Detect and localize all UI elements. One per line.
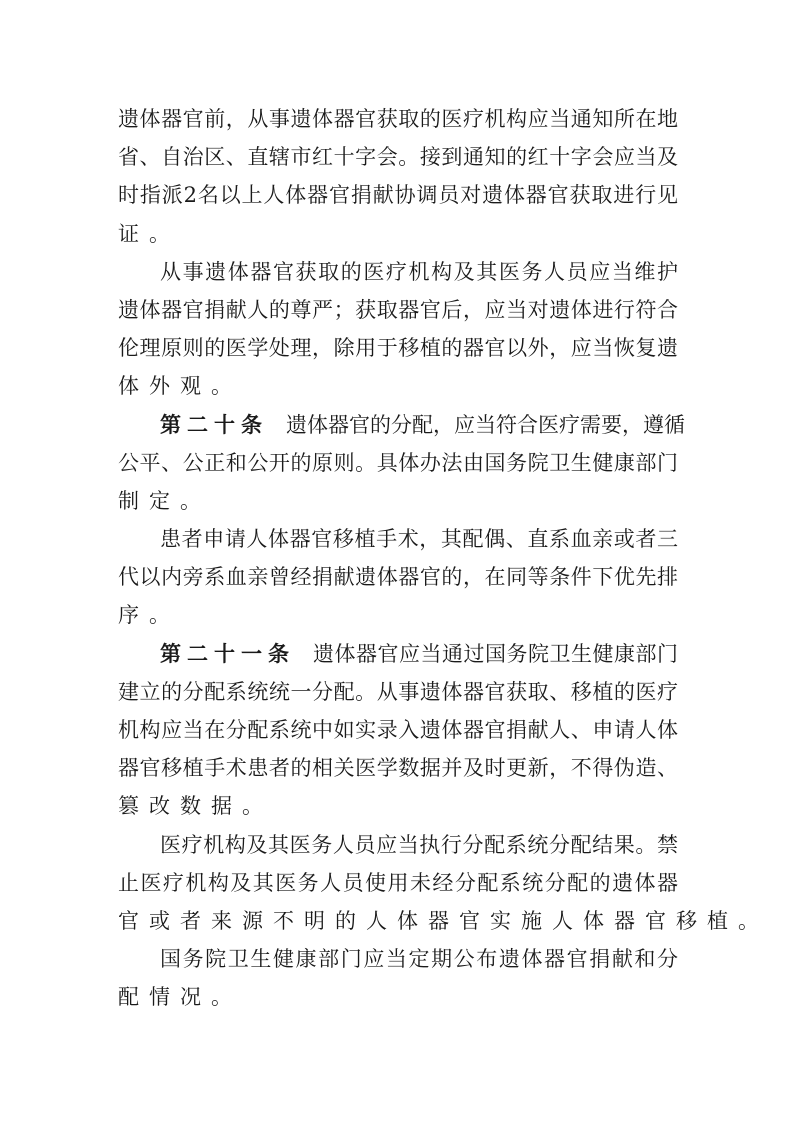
text-line: 医疗机构及其医务人员应当执行分配系统分配结果。禁 — [118, 826, 678, 864]
text-line: 公平、公正和公开的原则。具体办法由国务院卫生健康部门 — [118, 444, 678, 482]
text-line: 伦理原则的医学处理，除用于移植的器官以外，应当恢复遗 — [118, 329, 678, 367]
text-line: 体外观。 — [118, 367, 678, 405]
text-line: 证。 — [118, 215, 678, 253]
paragraph: 国务院卫生健康部门应当定期公布遗体器官捐献和分 配情况。 — [118, 940, 678, 1016]
text-line: 第二十条 遗体器官的分配，应当符合医疗需要，遵循 — [118, 406, 678, 444]
text-line: 配情况。 — [118, 978, 678, 1016]
text-line: 建立的分配系统统一分配。从事遗体器官获取、移植的医疗 — [118, 673, 678, 711]
text-line: 遗体器官前，从事遗体器官获取的医疗机构应当通知所在地 — [118, 100, 678, 138]
text-line: 器官移植手术患者的相关医学数据并及时更新，不得伪造、 — [118, 749, 678, 787]
paragraph: 患者申请人体器官移植手术，其配偶、直系血亲或者三 代以内旁系血亲曾经捐献遗体器官… — [118, 520, 678, 635]
text-line: 代以内旁系血亲曾经捐献遗体器官的，在同等条件下优先排 — [118, 558, 678, 596]
text-line: 省、自治区、直辖市红十字会。接到通知的红十字会应当及 — [118, 138, 678, 176]
article-21: 第二十一条 遗体器官应当通过国务院卫生健康部门 建立的分配系统统一分配。从事遗体… — [118, 635, 678, 826]
text-line: 止医疗机构及其医务人员使用未经分配系统分配的遗体器 — [118, 864, 678, 902]
paragraph: 从事遗体器官获取的医疗机构及其医务人员应当维护 遗体器官捐献人的尊严；获取器官后… — [118, 253, 678, 406]
text-line: 序。 — [118, 596, 678, 634]
paragraph: 医疗机构及其医务人员应当执行分配系统分配结果。禁 止医疗机构及其医务人员使用未经… — [118, 826, 678, 941]
document-page: 遗体器官前，从事遗体器官获取的医疗机构应当通知所在地 省、自治区、直辖市红十字会… — [118, 100, 678, 1017]
text-line: 国务院卫生健康部门应当定期公布遗体器官捐献和分 — [118, 940, 678, 978]
text-line: 第二十一条 遗体器官应当通过国务院卫生健康部门 — [118, 635, 678, 673]
text-line: 官或者来源不明的人体器官实施人体器官移植。 — [118, 902, 678, 940]
text-line: 从事遗体器官获取的医疗机构及其医务人员应当维护 — [118, 253, 678, 291]
article-number: 第二十条 — [160, 406, 268, 444]
article-20: 第二十条 遗体器官的分配，应当符合医疗需要，遵循 公平、公正和公开的原则。具体办… — [118, 406, 678, 521]
text-line: 患者申请人体器官移植手术，其配偶、直系血亲或者三 — [118, 520, 678, 558]
paragraph: 遗体器官前，从事遗体器官获取的医疗机构应当通知所在地 省、自治区、直辖市红十字会… — [118, 100, 678, 253]
text-line: 机构应当在分配系统中如实录入遗体器官捐献人、申请人体 — [118, 711, 678, 749]
text-line: 制定。 — [118, 482, 678, 520]
text-line: 篡改数据。 — [118, 787, 678, 825]
article-number: 第二十一条 — [160, 635, 295, 673]
text-line: 遗体器官捐献人的尊严；获取器官后，应当对遗体进行符合 — [118, 291, 678, 329]
text-line: 时指派2名以上人体器官捐献协调员对遗体器官获取进行见 — [118, 176, 678, 214]
